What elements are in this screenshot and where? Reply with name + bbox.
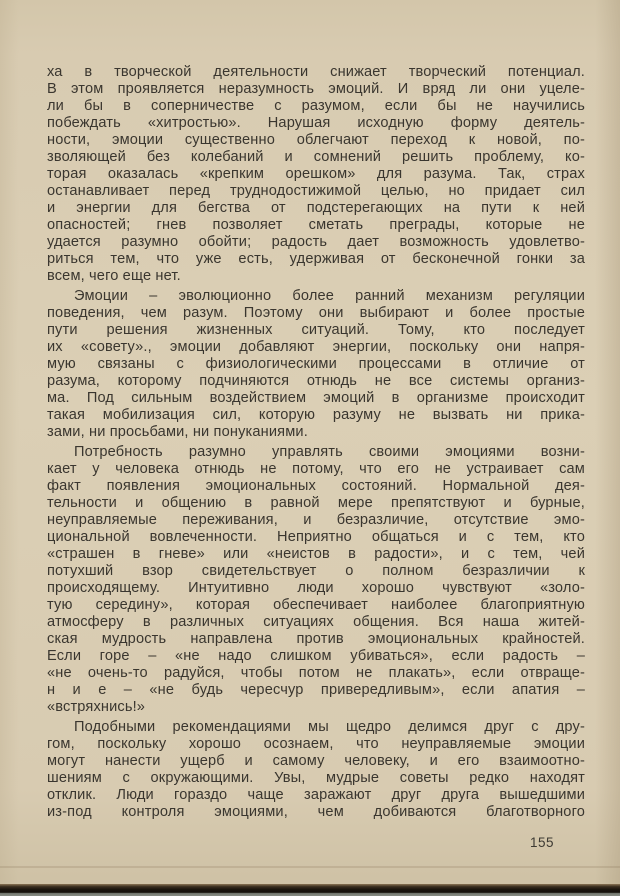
paragraph: Эмоции – эволюционно более ранний механи… [47, 288, 585, 441]
text-line: их «совету»., эмоции добавляют энергии, … [47, 339, 585, 356]
text-line: н и е – «не будь чересчур привередливым»… [47, 682, 585, 699]
text-line: побеждать «хитростью». Нарушая исходную … [47, 115, 585, 132]
text-line: Потребность разумно управлять своими эмо… [47, 444, 585, 461]
text-line: могут нанести ущерб и самому человеку, и… [47, 753, 585, 770]
text-line: «не очень-то радуйся, чтобы потом не пла… [47, 665, 585, 682]
text-line: ха в творческой деятельности снижает тво… [47, 64, 585, 81]
text-line: кает у человека отнюдь не потому, что ег… [47, 461, 585, 478]
text-line: тую середину», которая обеспечивает наиб… [47, 597, 585, 614]
text-line: всем, чего еще нет. [47, 268, 585, 285]
text-line: В этом проявляется неразумность эмоций. … [47, 81, 585, 98]
paragraph: Подобными рекомендациями мы щедро делимс… [47, 719, 585, 821]
text-line: Подобными рекомендациями мы щедро делимс… [47, 719, 585, 736]
text-line: удается разумно обойти; радость дает воз… [47, 234, 585, 251]
text-line: из-под контроля эмоциями, чем добиваются… [47, 804, 585, 821]
text-line: разума, которому подчиняются отнюдь не в… [47, 373, 585, 390]
text-line: «встряхнись!» [47, 699, 585, 716]
text-line: опасностей; гнев позволяет сметать прегр… [47, 217, 585, 234]
text-line: «страшен в гневе» или «неистов в радости… [47, 546, 585, 563]
text-line: останавливает перед труднодостижимой цел… [47, 183, 585, 200]
text-line: такая мобилизация сил, которую разуму не… [47, 407, 585, 424]
text-line: шениям с окружающими. Увы, мудрые советы… [47, 770, 585, 787]
text-line: Эмоции – эволюционно более ранний механи… [47, 288, 585, 305]
text-line: происходящему. Интуитивно люди хорошо чу… [47, 580, 585, 597]
page-bottom-edge [0, 884, 620, 896]
text-line: ности, эмоции существенно облегчают пере… [47, 132, 585, 149]
text-line: потухший взор свидетельствует о полном б… [47, 563, 585, 580]
text-line: атмосферу в различных ситуациях общения.… [47, 614, 585, 631]
page-crease-shadow [0, 866, 620, 868]
text-line: поведения, чем разум. Поэтому они выбира… [47, 305, 585, 322]
text-line: мую связаны с физиологическими процессам… [47, 356, 585, 373]
page-text: ха в творческой деятельности снижает тво… [47, 64, 585, 821]
text-line: гом, поскольку хорошо осознаем, что неуп… [47, 736, 585, 753]
text-line: Если горе – «не надо слишком убиваться»,… [47, 648, 585, 665]
text-line: и энергии для бегства от подстерегающих … [47, 200, 585, 217]
text-line: отклик. Люди гораздо чаще заражают друг … [47, 787, 585, 804]
text-line: тельности и общению в равной мере препят… [47, 495, 585, 512]
text-line: пути решения жизненных ситуаций. Тому, к… [47, 322, 585, 339]
text-line: циональной вовлеченности. Неприятно обща… [47, 529, 585, 546]
text-line: зами, ни просьбами, ни понуканиями. [47, 424, 585, 441]
book-page: ха в творческой деятельности снижает тво… [0, 0, 620, 896]
page-number: 155 [530, 835, 558, 850]
text-line: риться тем, что уже есть, удерживая от б… [47, 251, 585, 268]
text-line: ли бы в соперничестве с разумом, если бы… [47, 98, 585, 115]
paragraph: Потребность разумно управлять своими эмо… [47, 444, 585, 716]
text-line: факт появления эмоциональных состояний. … [47, 478, 585, 495]
text-line: торая оказалась «крепким орешком» для ра… [47, 166, 585, 183]
text-line: ма. Под сильным воздействием эмоций в ор… [47, 390, 585, 407]
text-line: неуправляемые переживания, и безразличие… [47, 512, 585, 529]
text-line: зволяющей без колебаний и сомнений решит… [47, 149, 585, 166]
paragraph: ха в творческой деятельности снижает тво… [47, 64, 585, 285]
text-line: ская мудрость направлена против эмоциона… [47, 631, 585, 648]
